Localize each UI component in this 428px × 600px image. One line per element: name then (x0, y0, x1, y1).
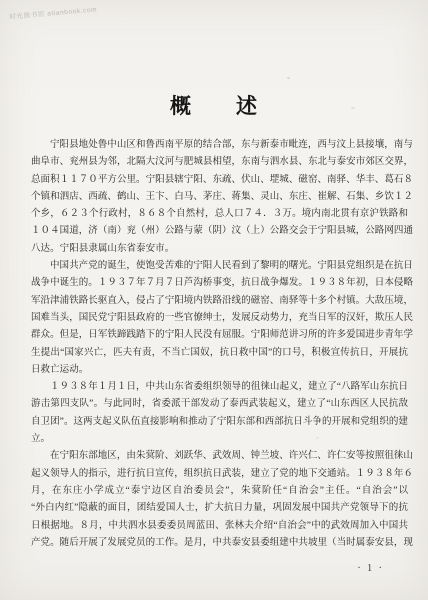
text-line: １９３８年１月１日，中共山东省委组织领导的徂徕山起义，建立了“八路军山东抗日 (31, 379, 408, 396)
paragraph-party-birth: 中国共产党的诞生，使饱受苦难的宁阳人民看到了黎明的曙光。宁阳县党组织是在抗日 战… (31, 258, 408, 379)
text-line: 宁阳县地处鲁中山区和鲁西南平原的结合部，东与新泰市毗连，西与汶上县接壤，南与 (31, 137, 408, 154)
text-line: 立。 (31, 431, 408, 448)
text-line: 群众。但是，日军铁蹄践踏下的宁阳人民没有屈服。宁阳师范讲习所的许多爱国进步青年学 (31, 327, 408, 344)
text-line: 日救亡运动。 (31, 362, 408, 379)
text-line: “外白内红”隐蔽的面目，团结爱国人士，扩大抗日力量，巩固发展中国共产党领导下的抗 (31, 500, 408, 517)
text-line: 国难当头，国民党宁阳县政府的一些官僚绅士，发展反动势力，充当日军的汉奸，欺压人民 (31, 310, 408, 327)
chapter-title: 概 述 (0, 90, 428, 120)
text-line: 起义领导人的指示，进行抗日宣传，组织抗日武装，建立了党的地下交通站。１９３８年６ (31, 466, 408, 483)
text-line: 军沿津浦铁路长驱直入，侵占了宁阳境内铁路沿线的磁窑、南驿等十多个村镇。大敌压境， (31, 293, 408, 310)
text-line: 生提出“国家兴亡，匹夫有责，不当亡国奴，抗日救中国”的口号，积极宣传抗日，开展抗 (31, 345, 408, 362)
library-watermark: 时光图书馆 atianbook.com (9, 4, 97, 21)
paragraph-east-region: 在宁阳东部地区，由朱蓂阶、刘跃华、武效周、钟兰坡、许兴仁、许仁安等按照徂徕山 起… (31, 448, 408, 552)
text-line: 战争中诞生的。１９３７年７月７日芦沟桥事变，抗日战争爆发。１９３８年初，日本侵略 (31, 275, 408, 292)
scan-speck (287, 77, 290, 79)
text-line: 产党。随后开展了发展党员的工作。是月，中共泰安县委组建中共坡里（当时属泰安县，现 (31, 535, 408, 552)
paragraph-uprisings: １９３８年１月１日，中共山东省委组织领导的徂徕山起义，建立了“八路军山东抗日 游… (31, 379, 408, 448)
scanned-book-page: 时光图书馆 atianbook.com 概 述 宁阳县地处鲁中山区和鲁西南平原的… (0, 0, 428, 600)
body-text: 宁阳县地处鲁中山区和鲁西南平原的结合部，东与新泰市毗连，西与汶上县接壤，南与 曲… (31, 137, 408, 552)
page-number: · 1 · (357, 563, 384, 574)
text-line: 中国共产党的诞生，使饱受苦难的宁阳人民看到了黎明的曙光。宁阳县党组织是在抗日 (31, 258, 408, 275)
text-line: 日根据地。８月，中共泗水县委委员周蓝田、张林夫介绍“自治会”中的武效周加入中国共 (31, 518, 408, 535)
text-line: 曲阜市、兖州县为邻，北隔大汶河与肥城县相望，东南与泗水县、东北与泰安市郊区交界， (31, 154, 408, 171)
text-line: 游击第四支队”。与此同时，省委派干部发动了泰西武装起义，建立了“山东西区人民抗敌 (31, 396, 408, 413)
text-line: 月，在东庄小学成立“泰宁边区自治委员会”，朱蓂阶任“自治会”主任。“自治会”以 (31, 483, 408, 500)
text-line: 个镇和泗店、西疏、鹤山、王卞、白马、茅庄、蒋集、灵山、东庄、崔解、石集、乡饮１２ (31, 189, 408, 206)
text-line: 自卫团”。这两支起义队伍直接影响和推动了宁阳东部和西部抗日斗争的开展和党组织的建 (31, 414, 408, 431)
text-line: 在宁阳东部地区，由朱蓂阶、刘跃华、武效周、钟兰坡、许兴仁、许仁安等按照徂徕山 (31, 448, 408, 465)
text-line: 总面积１１７０平方公里。宁阳县辖宁阳、东疏、伏山、堽城、磁窑、南驿、华丰、葛石８ (31, 172, 408, 189)
paragraph-geography: 宁阳县地处鲁中山区和鲁西南平原的结合部，东与新泰市毗连，西与汶上县接壤，南与 曲… (31, 137, 408, 258)
text-line: 个乡，６２３个行政村，８６８个自然村，总人口７４．３万。境内南北贯有京沪铁路和 (31, 206, 408, 223)
text-line: 八达。宁阳县隶属山东省泰安市。 (31, 241, 408, 258)
text-line: １０４国道，济（南）兖（州）公路与蒙（阴）汶（上）公路交会于宁阳县城，公路网四通 (31, 223, 408, 240)
